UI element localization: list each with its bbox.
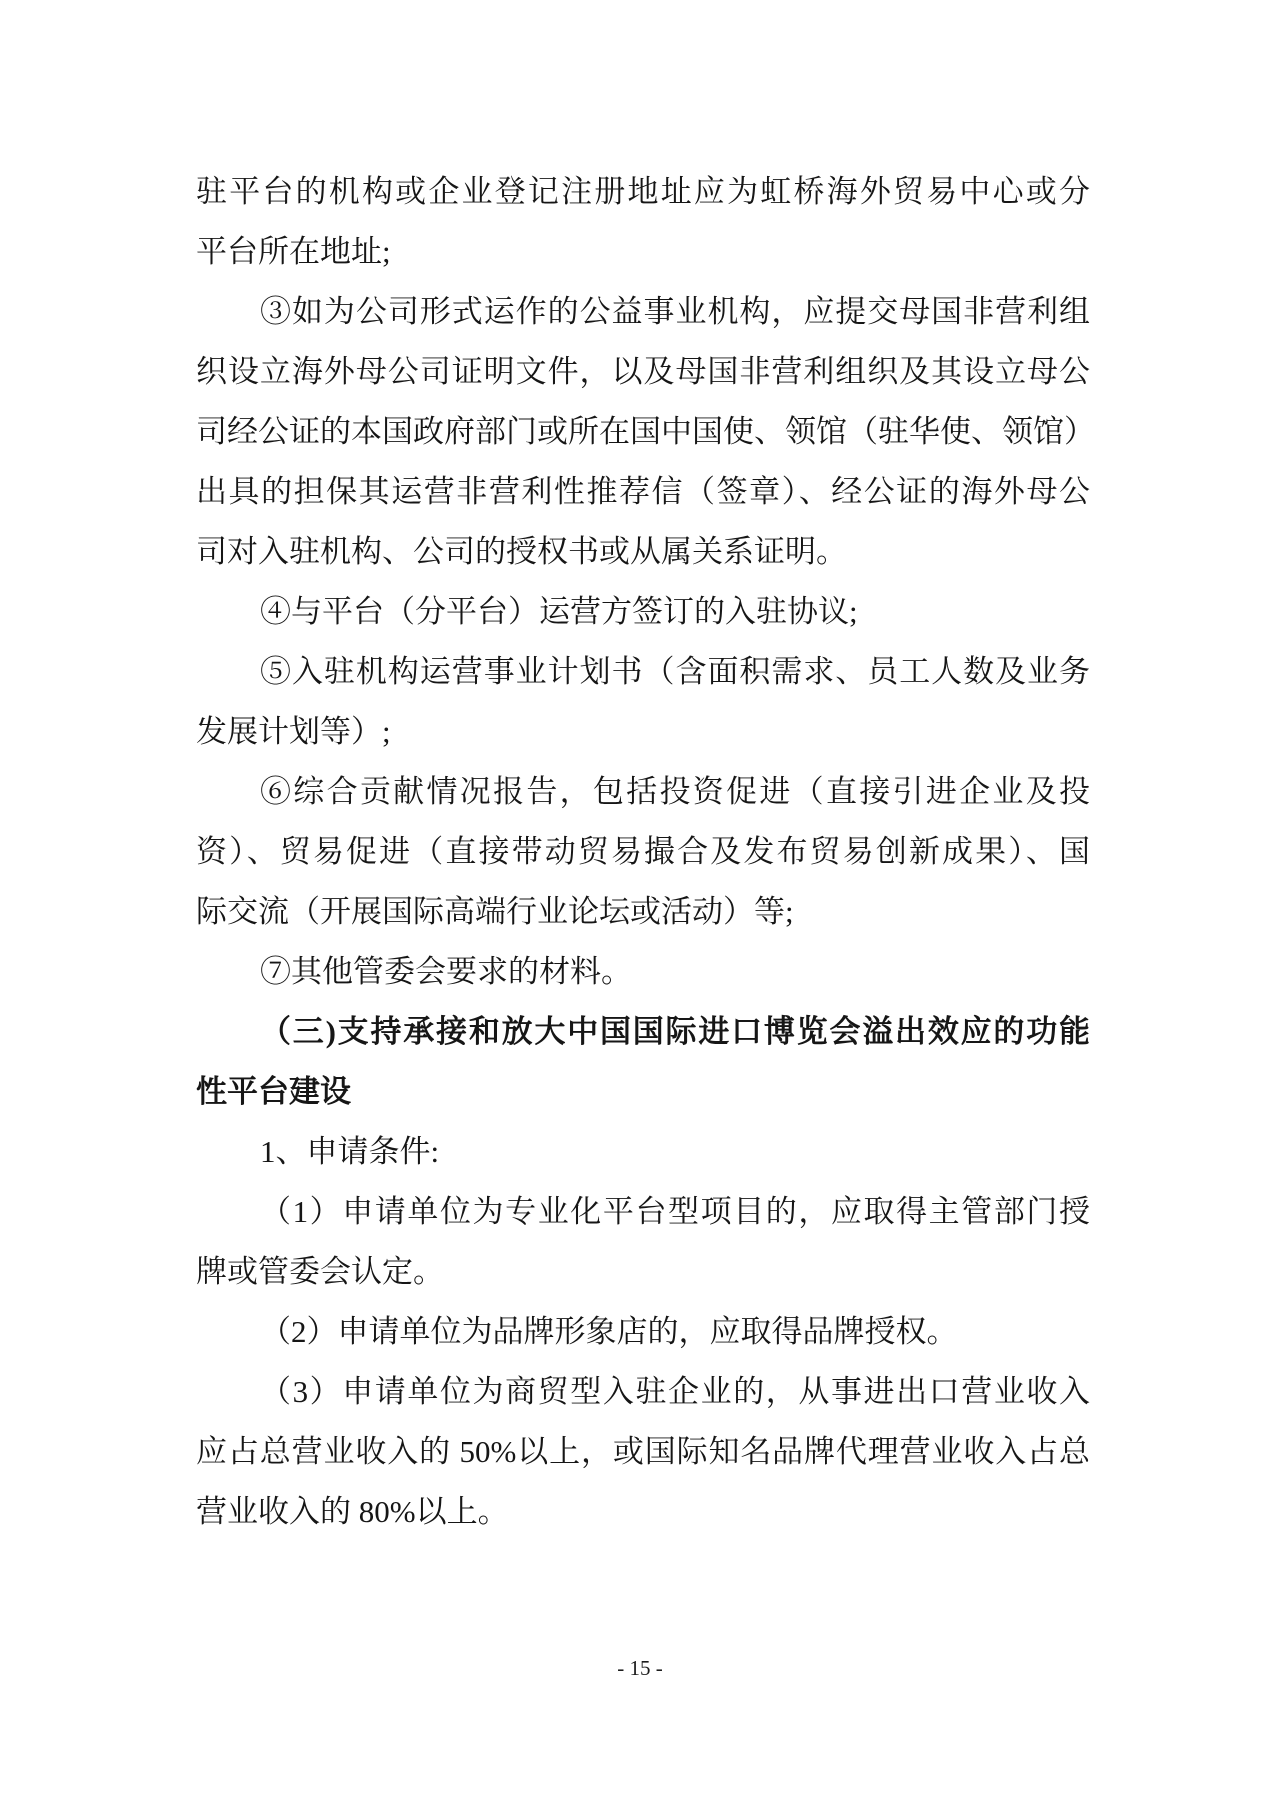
text-line: 应占总营业收入的 50%以上，或国际知名品牌代理营业收入占总 [196, 1422, 1090, 1482]
text-line: 平台所在地址; [196, 222, 1090, 282]
text-line: ⑥综合贡献情况报告，包括投资促进（直接引进企业及投 [196, 762, 1090, 822]
text-line: 发展计划等）; [196, 702, 1090, 762]
text-line: 资）、贸易促进（直接带动贸易撮合及发布贸易创新成果）、国 [196, 822, 1090, 882]
section-heading-line: 性平台建设 [196, 1062, 1090, 1122]
text-line: （1）申请单位为专业化平台型项目的，应取得主管部门授 [196, 1182, 1090, 1242]
text-line: 牌或管委会认定。 [196, 1242, 1090, 1302]
page-number: - 15 - [0, 1648, 1280, 1688]
text-line: ③如为公司形式运作的公益事业机构，应提交母国非营利组 [196, 282, 1090, 342]
text-line: 出具的担保其运营非营利性推荐信（签章）、经公证的海外母公 [196, 462, 1090, 522]
text-line: 1、申请条件: [196, 1122, 1090, 1182]
document-page: 驻平台的机构或企业登记注册地址应为虹桥海外贸易中心或分 平台所在地址; ③如为公… [0, 0, 1280, 1810]
text-line: 司对入驻机构、公司的授权书或从属关系证明。 [196, 522, 1090, 582]
text-line: 驻平台的机构或企业登记注册地址应为虹桥海外贸易中心或分 [196, 162, 1090, 222]
text-line: （2）申请单位为品牌形象店的，应取得品牌授权。 [196, 1302, 1090, 1362]
text-line: 织设立海外母公司证明文件，以及母国非营利组织及其设立母公 [196, 342, 1090, 402]
section-heading-line: （三)支持承接和放大中国国际进口博览会溢出效应的功能 [196, 1002, 1090, 1062]
text-line: 际交流（开展国际高端行业论坛或活动）等; [196, 882, 1090, 942]
text-line: 司经公证的本国政府部门或所在国中国使、领馆（驻华使、领馆） [196, 402, 1090, 462]
text-line: （3）申请单位为商贸型入驻企业的，从事进出口营业收入 [196, 1362, 1090, 1422]
text-line: ④与平台（分平台）运营方签订的入驻协议; [196, 582, 1090, 642]
text-line: ⑤入驻机构运营事业计划书（含面积需求、员工人数及业务 [196, 642, 1090, 702]
document-body: 驻平台的机构或企业登记注册地址应为虹桥海外贸易中心或分 平台所在地址; ③如为公… [196, 162, 1090, 1542]
text-line: 营业收入的 80%以上。 [196, 1482, 1090, 1542]
text-line: ⑦其他管委会要求的材料。 [196, 942, 1090, 1002]
